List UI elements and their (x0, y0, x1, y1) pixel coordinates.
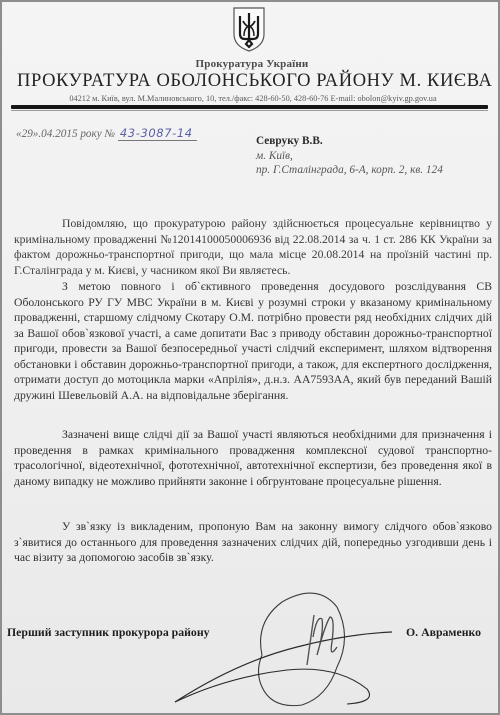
super-organization: Прокуратура України (2, 58, 500, 70)
addressee-name: Севруку В.В. (256, 134, 443, 149)
addressee-block: Севруку В.В. м. Київ, пр. Г.Сталінграда,… (256, 134, 443, 178)
paragraph-text: Повідомляю, що прокуратурою району здійс… (14, 216, 492, 278)
reference-number-handwritten: 43-3087-14 (118, 126, 197, 141)
body-paragraph-1: Повідомляю, що прокуратурою району здійс… (14, 216, 492, 278)
paragraph-text: Зазначені вище слідчі дії за Вашої участ… (14, 427, 492, 489)
letter-page: Прокуратура України ПРОКУРАТУРА ОБОЛОНСЬ… (0, 0, 500, 715)
addressee-city: м. Київ, (256, 149, 443, 164)
body-paragraph-2: З метою повного і об`єктивного проведенн… (14, 279, 492, 403)
header-divider-thin (11, 110, 488, 111)
handwritten-signature-icon (167, 577, 407, 715)
header-divider (11, 105, 488, 109)
organization-title: ПРОКУРАТУРА ОБОЛОНСЬКОГО РАЙОНУ М. КИЄВА (17, 71, 487, 92)
addressee-street: пр. Г.Сталінграда, 6-А, корп. 2, кв. 124 (256, 163, 443, 178)
reference-line: «29».04.2015 року № 43-3087-14 (16, 126, 197, 141)
paragraph-text: З метою повного і об`єктивного проведенн… (14, 279, 492, 403)
ukraine-trident-coat-of-arms-icon (231, 6, 267, 52)
body-paragraph-4: У зв`язку із викладеним, пропоную Вам на… (14, 519, 492, 566)
organization-contacts: 04212 м. Київ, вул. М.Малиновського, 10,… (10, 94, 496, 103)
body-paragraph-3: Зазначені вище слідчі дії за Вашої участ… (14, 427, 492, 489)
signer-name: О. Авраменко (406, 625, 481, 640)
paragraph-text: У зв`язку із викладеним, пропоную Вам на… (14, 519, 492, 566)
reference-date: «29».04.2015 року № (16, 128, 115, 140)
